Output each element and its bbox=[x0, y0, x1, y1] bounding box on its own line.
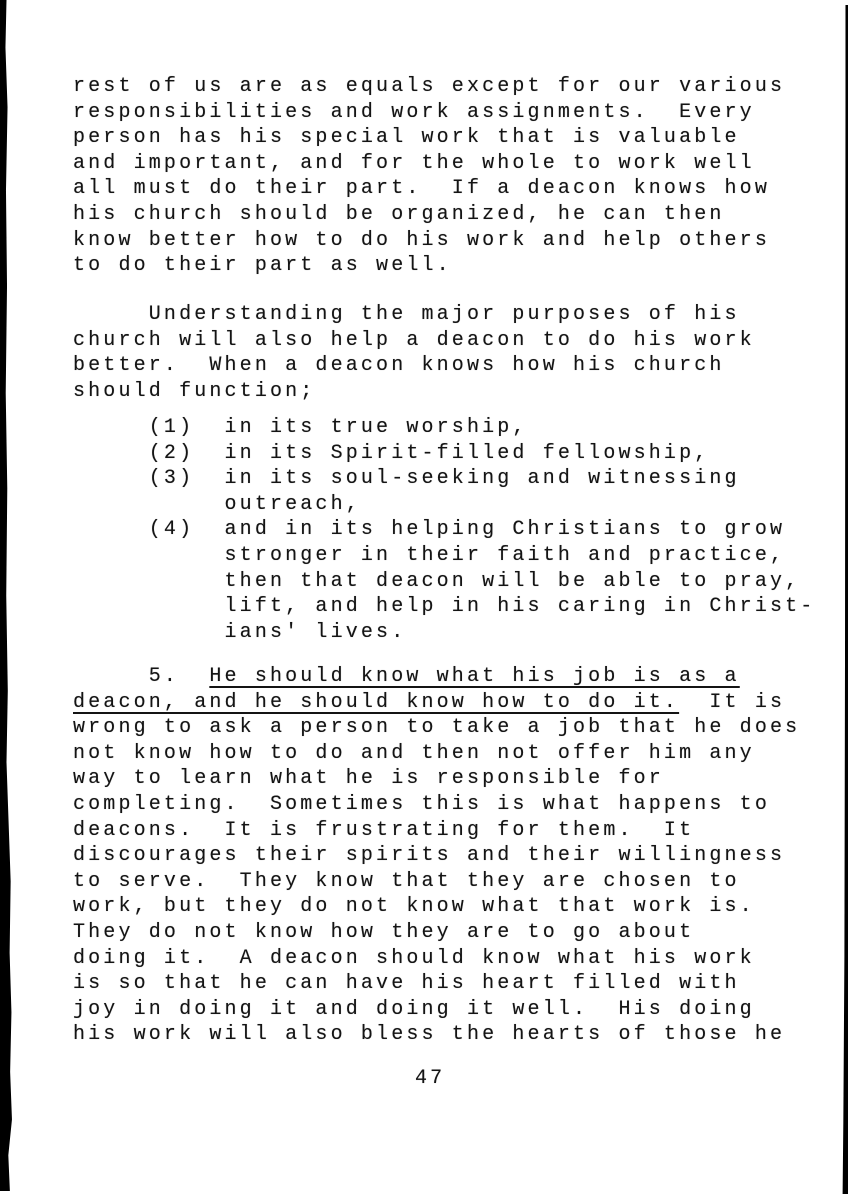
text-segment: stronger in their faith and practice, bbox=[73, 544, 785, 567]
text-segment: discourages their spirits and their will… bbox=[73, 844, 785, 867]
text-segment: It is bbox=[679, 691, 785, 714]
text-segment: doing it. A deacon should know what his … bbox=[73, 947, 755, 970]
underlined-text: deacon, and he should know how to do it. bbox=[73, 691, 679, 714]
text-segment: completing. Sometimes this is what happe… bbox=[73, 793, 770, 816]
text-line: to do their part as well. bbox=[73, 253, 785, 279]
text-line: completing. Sometimes this is what happe… bbox=[73, 792, 800, 818]
text-segment: wrong to ask a person to take a job that… bbox=[73, 716, 800, 739]
text-line: not know how to do and then not offer hi… bbox=[73, 741, 800, 767]
text-line: should function; bbox=[73, 379, 755, 405]
paragraph-1: rest of us are as equals except for our … bbox=[73, 74, 785, 279]
text-segment: (4) and in its helping Christians to gro… bbox=[73, 518, 785, 541]
scan-edge-left-artifact bbox=[0, 0, 13, 1191]
paragraph-5: 5. He should know what his job is as ade… bbox=[73, 664, 800, 1048]
text-line: then that deacon will be able to pray, bbox=[73, 569, 815, 595]
text-line: to serve. They know that they are chosen… bbox=[73, 869, 800, 895]
page-number: 47 bbox=[415, 1066, 445, 1092]
text-segment: rest of us are as equals except for our … bbox=[73, 75, 785, 98]
text-segment: should function; bbox=[73, 380, 315, 403]
scan-edge-right-artifact bbox=[842, 5, 848, 1194]
text-segment: ians' lives. bbox=[73, 621, 406, 644]
text-line: and important, and for the whole to work… bbox=[73, 151, 785, 177]
paragraph-2: Understanding the major purposes of hisc… bbox=[73, 302, 755, 404]
text-line: person has his special work that is valu… bbox=[73, 125, 785, 151]
text-segment: and important, and for the whole to work… bbox=[73, 152, 755, 175]
text-line: (1) in its true worship, bbox=[73, 415, 815, 441]
text-segment: his work will also bless the hearts of t… bbox=[73, 1023, 785, 1046]
text-segment: all must do their part. If a deacon know… bbox=[73, 177, 770, 200]
text-line: stronger in their faith and practice, bbox=[73, 543, 815, 569]
text-line: (3) in its soul-seeking and witnessing bbox=[73, 466, 815, 492]
text-segment: (3) in its soul-seeking and witnessing bbox=[73, 467, 740, 490]
text-segment: joy in doing it and doing it well. His d… bbox=[73, 998, 755, 1021]
text-segment: Understanding the major purposes of his bbox=[73, 303, 740, 326]
text-segment: to serve. They know that they are chosen… bbox=[73, 870, 740, 893]
text-line: joy in doing it and doing it well. His d… bbox=[73, 997, 800, 1023]
text-line: is so that he can have his heart filled … bbox=[73, 971, 800, 997]
text-line: discourages their spirits and their will… bbox=[73, 843, 800, 869]
scanned-document-page: rest of us are as equals except for our … bbox=[0, 0, 848, 1199]
text-line: (2) in its Spirit-filled fellowship, bbox=[73, 441, 815, 467]
text-line: responsibilities and work assignments. E… bbox=[73, 100, 785, 126]
text-line: wrong to ask a person to take a job that… bbox=[73, 715, 800, 741]
text-line: his church should be organized, he can t… bbox=[73, 202, 785, 228]
text-segment: person has his special work that is valu… bbox=[73, 126, 740, 149]
text-segment: church will also help a deacon to do his… bbox=[73, 329, 755, 352]
text-line: They do not know how they are to go abou… bbox=[73, 920, 800, 946]
text-segment: not know how to do and then not offer hi… bbox=[73, 742, 755, 765]
text-line: all must do their part. If a deacon know… bbox=[73, 176, 785, 202]
text-segment: responsibilities and work assignments. E… bbox=[73, 101, 755, 124]
text-line: lift, and help in his caring in Christ- bbox=[73, 594, 815, 620]
text-segment: his church should be organized, he can t… bbox=[73, 203, 725, 226]
text-segment: is so that he can have his heart filled … bbox=[73, 972, 740, 995]
text-line: deacons. It is frustrating for them. It bbox=[73, 818, 800, 844]
text-segment: outreach, bbox=[73, 493, 361, 516]
text-line: rest of us are as equals except for our … bbox=[73, 74, 785, 100]
text-line: ians' lives. bbox=[73, 620, 815, 646]
text-line: Understanding the major purposes of his bbox=[73, 302, 755, 328]
text-segment: work, but they do not know what that wor… bbox=[73, 895, 755, 918]
text-segment: (1) in its true worship, bbox=[73, 416, 528, 439]
text-segment: better. When a deacon knows how his chur… bbox=[73, 354, 725, 377]
text-line: know better how to do his work and help … bbox=[73, 228, 785, 254]
text-line: (4) and in its helping Christians to gro… bbox=[73, 517, 815, 543]
underlined-text: He should know what his job is as a bbox=[209, 665, 739, 688]
text-line: outreach, bbox=[73, 492, 815, 518]
text-segment: know better how to do his work and help … bbox=[73, 229, 770, 252]
text-line: way to learn what he is responsible for bbox=[73, 766, 800, 792]
text-segment: way to learn what he is responsible for bbox=[73, 767, 664, 790]
text-line: his work will also bless the hearts of t… bbox=[73, 1022, 800, 1048]
text-segment: to do their part as well. bbox=[73, 254, 452, 277]
text-line: doing it. A deacon should know what his … bbox=[73, 946, 800, 972]
text-segment: then that deacon will be able to pray, bbox=[73, 570, 800, 593]
text-segment: 5. bbox=[73, 665, 209, 688]
numbered-list: (1) in its true worship, (2) in its Spir… bbox=[73, 415, 815, 645]
text-line: 5. He should know what his job is as a bbox=[73, 664, 800, 690]
text-line: church will also help a deacon to do his… bbox=[73, 328, 755, 354]
text-line: better. When a deacon knows how his chur… bbox=[73, 353, 755, 379]
text-line: work, but they do not know what that wor… bbox=[73, 894, 800, 920]
text-segment: (2) in its Spirit-filled fellowship, bbox=[73, 442, 709, 465]
text-segment: They do not know how they are to go abou… bbox=[73, 921, 694, 944]
text-segment: deacons. It is frustrating for them. It bbox=[73, 819, 694, 842]
text-line: deacon, and he should know how to do it.… bbox=[73, 690, 800, 716]
text-segment: lift, and help in his caring in Christ- bbox=[73, 595, 815, 618]
